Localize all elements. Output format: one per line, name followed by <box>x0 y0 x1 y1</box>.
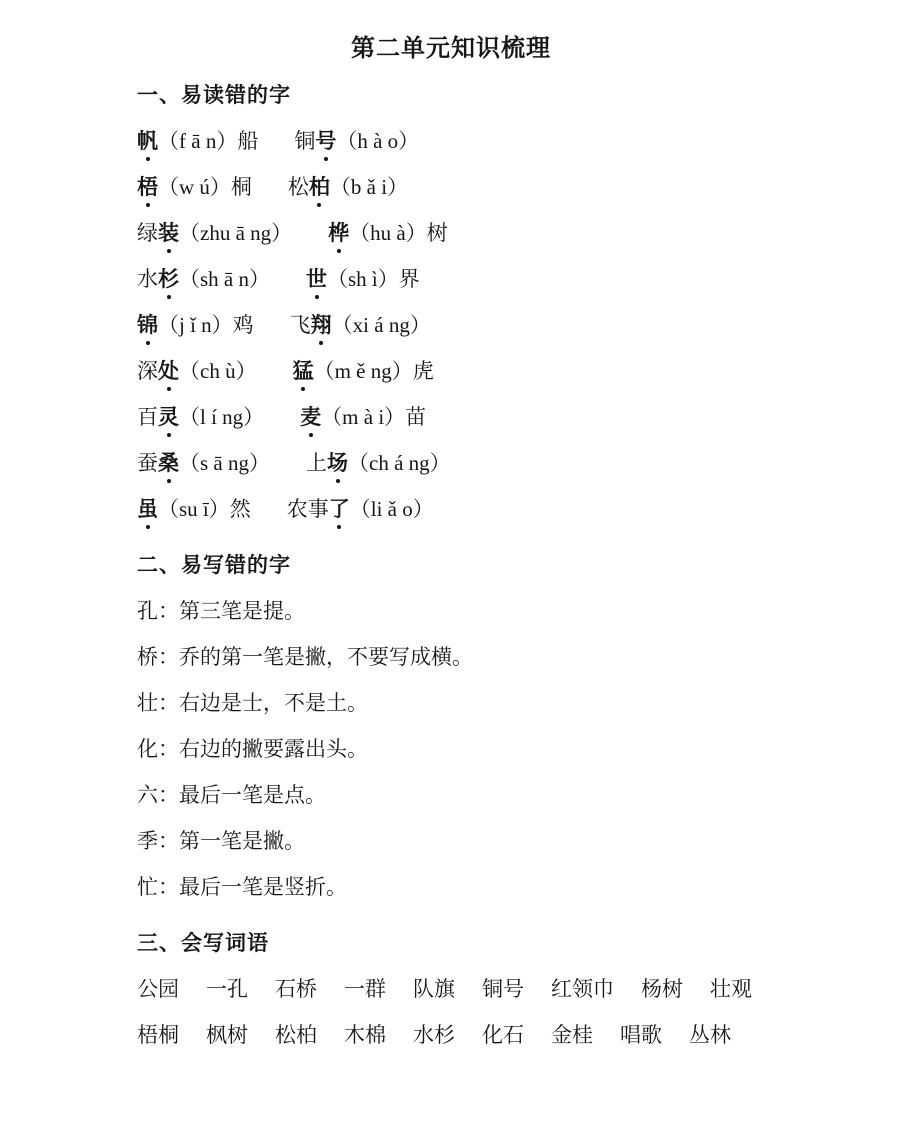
note-line: 季：第一笔是撇。 <box>137 818 765 864</box>
word-item: 队旗 <box>413 966 455 1012</box>
text-segment: （sh ì）界 <box>327 267 420 291</box>
word-item: 枫树 <box>206 1012 248 1058</box>
pinyin-line: 水杉（sh ā n）世（sh ì）界 <box>137 256 765 302</box>
pinyin-line: 锦（j ǐ n）鸡飞翔（xi á ng） <box>137 302 765 348</box>
word-item: 一孔 <box>206 966 248 1012</box>
line-part: 梧（w ú）桐 <box>137 164 252 210</box>
pinyin-line: 深处（ch ù）猛（m ě ng）虎 <box>137 348 765 394</box>
line-part: 农事了（li ǎ o） <box>287 486 434 532</box>
note-line: 壮：右边是士，不是土。 <box>137 680 765 726</box>
line-part: 帆（f ā n）船 <box>137 118 258 164</box>
text-segment: （ch á ng） <box>348 451 451 475</box>
text-segment: （h à o） <box>336 129 419 153</box>
emphasized-char: 装 <box>158 210 179 256</box>
line-part: 上场（ch á ng） <box>306 440 451 486</box>
emphasized-char: 帆 <box>137 118 158 164</box>
text-segment: 水 <box>137 267 158 291</box>
word-item: 水杉 <box>413 1012 455 1058</box>
emphasized-char: 处 <box>158 348 179 394</box>
word-item: 红领巾 <box>551 966 614 1012</box>
word-item: 壮观 <box>710 966 752 1012</box>
pinyin-line: 蚕桑（s ā ng）上场（ch á ng） <box>137 440 765 486</box>
section-heading: 二、易写错的字 <box>137 542 765 588</box>
text-segment: 百 <box>137 405 158 429</box>
text-segment: （m à i）苗 <box>321 405 426 429</box>
emphasized-char: 号 <box>315 118 336 164</box>
note-line: 化：右边的撇要露出头。 <box>137 726 765 772</box>
emphasized-char: 桑 <box>158 440 179 486</box>
note-line: 忙：最后一笔是竖折。 <box>137 864 765 910</box>
emphasized-char: 杉 <box>158 256 179 302</box>
line-part: 桦（hu à）树 <box>328 210 448 256</box>
document-body: 一、易读错的字帆（f ā n）船铜号（h à o）梧（w ú）桐松柏（b ǎ i… <box>137 72 765 1058</box>
text-segment: 飞 <box>290 313 311 337</box>
text-segment: （l í ng） <box>179 405 264 429</box>
section-heading: 一、易读错的字 <box>137 72 765 118</box>
pinyin-line: 百灵（l í ng）麦（m à i）苗 <box>137 394 765 440</box>
line-part: 百灵（l í ng） <box>137 394 264 440</box>
text-segment: （su ī）然 <box>158 497 251 521</box>
line-part: 松柏（b ǎ i） <box>288 164 408 210</box>
emphasized-char: 世 <box>306 256 327 302</box>
pinyin-line: 绿装（zhu ā ng）桦（hu à）树 <box>137 210 765 256</box>
line-part: 世（sh ì）界 <box>306 256 420 302</box>
line-part: 深处（ch ù） <box>137 348 257 394</box>
line-part: 猛（m ě ng）虎 <box>293 348 434 394</box>
emphasized-char: 柏 <box>309 164 330 210</box>
text-segment: （w ú）桐 <box>158 175 252 199</box>
text-segment: 松 <box>288 175 309 199</box>
text-segment: 深 <box>137 359 158 383</box>
page-title: 第二单元知识梳理 <box>137 28 765 70</box>
emphasized-char: 梧 <box>137 164 158 210</box>
line-part: 麦（m à i）苗 <box>300 394 426 440</box>
word-row: 公园一孔石桥一群队旗铜号红领巾杨树壮观 <box>137 966 765 1012</box>
word-item: 铜号 <box>482 966 524 1012</box>
emphasized-char: 桦 <box>328 210 349 256</box>
emphasized-char: 灵 <box>158 394 179 440</box>
word-item: 石桥 <box>275 966 317 1012</box>
emphasized-char: 麦 <box>300 394 321 440</box>
text-segment: （ch ù） <box>179 359 257 383</box>
word-item: 木棉 <box>344 1012 386 1058</box>
note-line: 六：最后一笔是点。 <box>137 772 765 818</box>
text-segment: 上 <box>306 451 327 475</box>
text-segment: （m ě ng）虎 <box>314 359 434 383</box>
text-segment: （hu à）树 <box>349 221 448 245</box>
line-part: 水杉（sh ā n） <box>137 256 270 302</box>
word-item: 松柏 <box>275 1012 317 1058</box>
emphasized-char: 虽 <box>137 486 158 532</box>
document-page: 第二单元知识梳理 一、易读错的字帆（f ā n）船铜号（h à o）梧（w ú）… <box>0 0 899 1122</box>
pinyin-line: 虽（su ī）然农事了（li ǎ o） <box>137 486 765 532</box>
text-segment: （sh ā n） <box>179 267 270 291</box>
word-item: 唱歌 <box>620 1012 662 1058</box>
emphasized-char: 翔 <box>311 302 332 348</box>
word-item: 金桂 <box>551 1012 593 1058</box>
text-segment: （f ā n）船 <box>158 129 258 153</box>
pinyin-line: 帆（f ā n）船铜号（h à o） <box>137 118 765 164</box>
word-item: 公园 <box>137 966 179 1012</box>
line-part: 锦（j ǐ n）鸡 <box>137 302 254 348</box>
word-item: 杨树 <box>641 966 683 1012</box>
word-item: 梧桐 <box>137 1012 179 1058</box>
line-part: 绿装（zhu ā ng） <box>137 210 292 256</box>
text-segment: （zhu ā ng） <box>179 221 292 245</box>
note-line: 桥：乔的第一笔是撇，不要写成横。 <box>137 634 765 680</box>
word-item: 化石 <box>482 1012 524 1058</box>
note-line: 孔：第三笔是提。 <box>137 588 765 634</box>
word-item: 丛林 <box>689 1012 731 1058</box>
line-part: 铜号（h à o） <box>294 118 419 164</box>
text-segment: （xi á ng） <box>332 313 431 337</box>
text-segment: （li ǎ o） <box>350 497 434 521</box>
section-heading: 三、会写词语 <box>137 920 765 966</box>
text-segment: （j ǐ n）鸡 <box>158 313 254 337</box>
text-segment: （b ǎ i） <box>330 175 408 199</box>
word-item: 一群 <box>344 966 386 1012</box>
text-segment: （s ā ng） <box>179 451 270 475</box>
pinyin-line: 梧（w ú）桐松柏（b ǎ i） <box>137 164 765 210</box>
emphasized-char: 了 <box>329 486 350 532</box>
emphasized-char: 猛 <box>293 348 314 394</box>
emphasized-char: 场 <box>327 440 348 486</box>
text-segment: 铜 <box>294 129 315 153</box>
line-part: 虽（su ī）然 <box>137 486 251 532</box>
emphasized-char: 锦 <box>137 302 158 348</box>
text-segment: 绿 <box>137 221 158 245</box>
line-part: 飞翔（xi á ng） <box>290 302 431 348</box>
word-row: 梧桐枫树松柏木棉水杉化石金桂唱歌丛林 <box>137 1012 765 1058</box>
text-segment: 蚕 <box>137 451 158 475</box>
line-part: 蚕桑（s ā ng） <box>137 440 270 486</box>
text-segment: 农事 <box>287 497 329 521</box>
